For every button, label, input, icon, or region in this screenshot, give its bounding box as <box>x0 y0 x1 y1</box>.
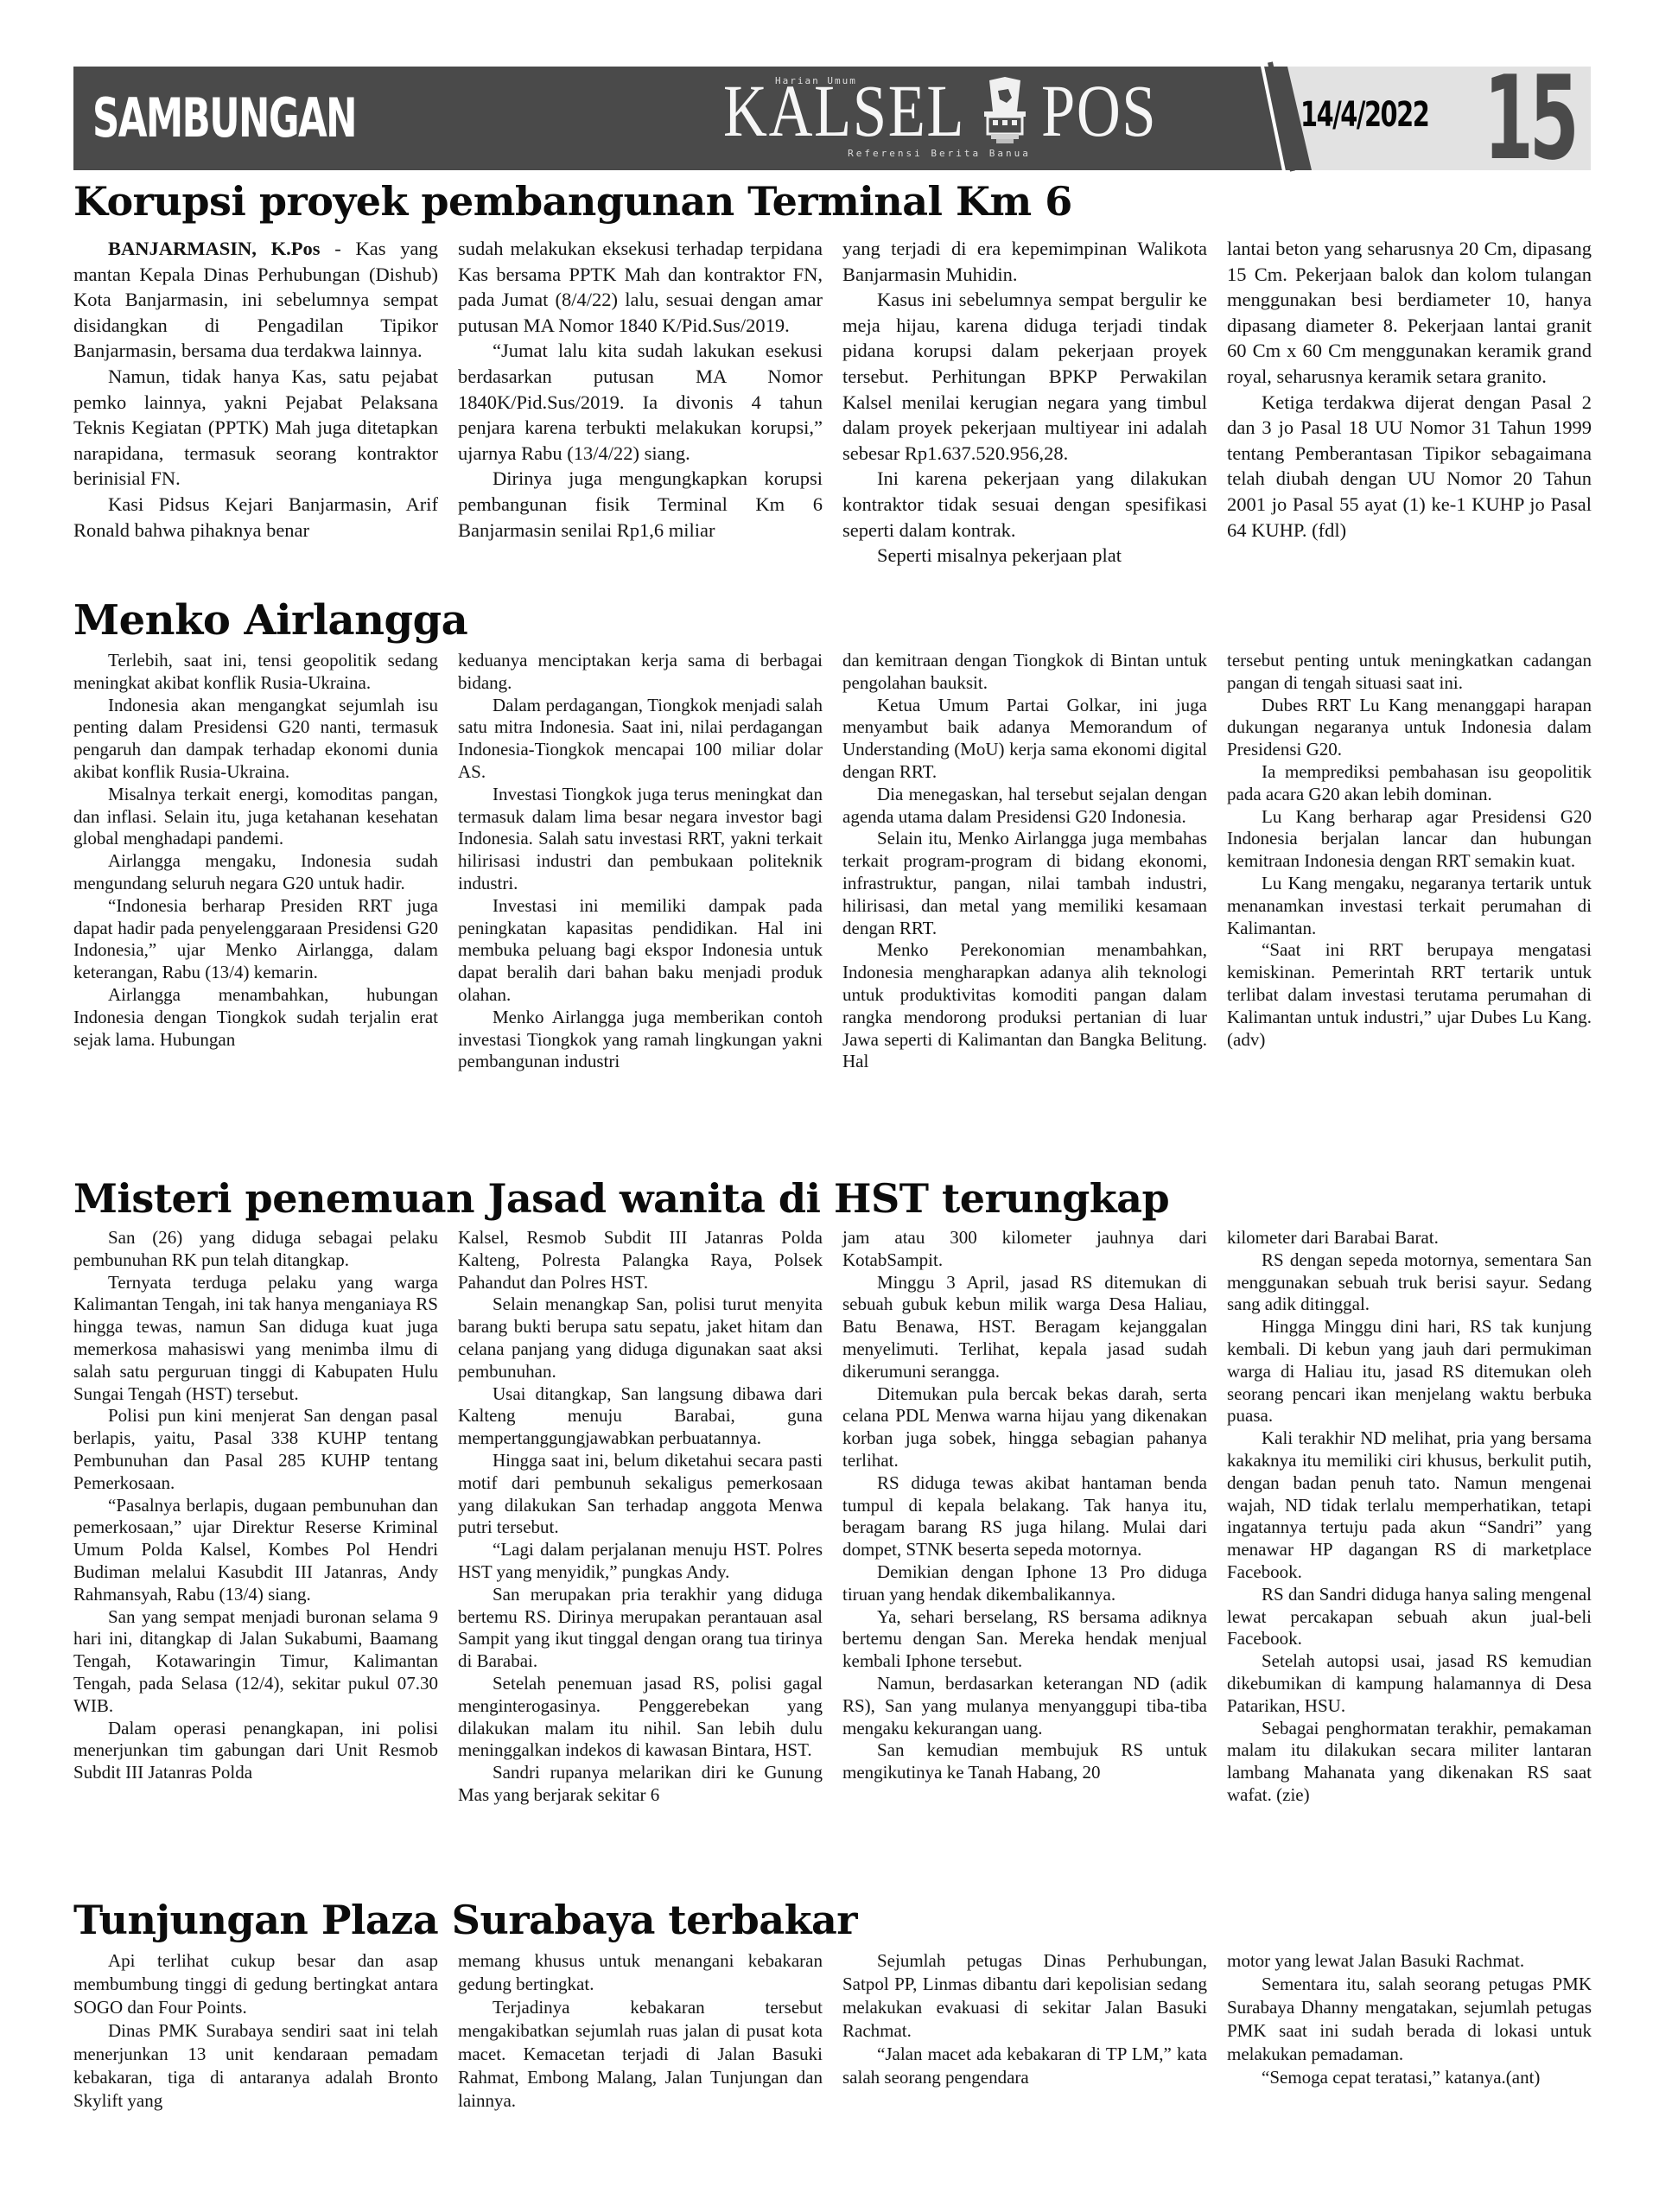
headline: Misteri penemuan Jasad wanita di HST ter… <box>73 1175 1169 1222</box>
paragraph: Minggu 3 April, jasad RS ditemukan di se… <box>842 1272 1207 1383</box>
paragraph: Misalnya terkait energi, komoditas panga… <box>73 784 438 850</box>
article-column: Api terlihat cukup besar dan asap membum… <box>73 1949 438 2113</box>
article-column: yang terjadi di era kepemimpinan Walikot… <box>842 236 1207 569</box>
paragraph: Lu Kang mengaku, negaranya tertarik untu… <box>1227 873 1592 939</box>
paragraph: San yang sempat menjadi buronan selama 9… <box>73 1606 438 1718</box>
paragraph: Dirinya juga mengungkapkan korupsi pemba… <box>458 466 823 543</box>
paragraph: Menko Perekonomian menambahkan, Indonesi… <box>842 939 1207 1073</box>
paragraph: Menko Airlangga juga memberikan contoh i… <box>458 1007 823 1073</box>
paragraph: Sementara itu, salah seorang petugas PMK… <box>1227 1973 1592 2066</box>
paragraph: Dubes RRT Lu Kang menanggapi harapan duk… <box>1227 695 1592 761</box>
article-column: BANJARMASIN, K.Pos - Kas yang mantan Kep… <box>73 236 438 543</box>
paragraph: Airlangga menambahkan, hubungan Indonesi… <box>73 984 438 1051</box>
paragraph: motor yang lewat Jalan Basuki Rachmat. <box>1227 1949 1592 1973</box>
headline: Menko Airlangga <box>73 596 467 645</box>
paragraph: “Jumat lalu kita sudah lakukan esekusi b… <box>458 338 823 466</box>
paragraph: RS dengan sepeda motornya, sementara San… <box>1227 1249 1592 1316</box>
paragraph: Kasi Pidsus Kejari Banjarmasin, Arif Ron… <box>73 492 438 543</box>
article-column: Sejumlah petugas Dinas Perhubungan, Satp… <box>842 1949 1207 2089</box>
paragraph: Setelah autopsi usai, jasad RS kemudian … <box>1227 1650 1592 1717</box>
article-column: jam atau 300 kilometer jauhnya dari Kota… <box>842 1227 1207 1784</box>
paragraph: keduanya menciptakan kerja sama di berba… <box>458 650 823 695</box>
paragraph: Lu Kang berharap agar Presidensi G20 Ind… <box>1227 806 1592 873</box>
paragraph: Ditemukan pula bercak bekas darah, serta… <box>842 1383 1207 1472</box>
paragraph: RS dan Sandri diduga hanya saling mengen… <box>1227 1584 1592 1650</box>
paragraph: jam atau 300 kilometer jauhnya dari Kota… <box>842 1227 1207 1272</box>
paragraph: Airlangga mengaku, Indonesia sudah mengu… <box>73 850 438 895</box>
paragraph: lantai beton yang seharusnya 20 Cm, dipa… <box>1227 236 1592 390</box>
paragraph: Hingga Minggu dini hari, RS tak kunjung … <box>1227 1316 1592 1427</box>
paragraph: Investasi Tiongkok juga terus meningkat … <box>458 784 823 895</box>
paragraph: Sejumlah petugas Dinas Perhubungan, Satp… <box>842 1949 1207 2043</box>
article-column: keduanya menciptakan kerja sama di berba… <box>458 650 823 1073</box>
paragraph: San (26) yang diduga sebagai pelaku pemb… <box>73 1227 438 1272</box>
paragraph: “Semoga cepat teratasi,” katanya.(ant) <box>1227 2066 1592 2089</box>
headline: Korupsi proyek pembangunan Terminal Km 6 <box>73 178 1072 225</box>
paragraph: San merupakan pria terakhir yang diduga … <box>458 1584 823 1673</box>
article-column: memang khusus untuk menangani kebakaran … <box>458 1949 823 2113</box>
paragraph: “Pasalnya berlapis, dugaan pembunuhan da… <box>73 1495 438 1606</box>
paragraph: Terjadinya kebakaran tersebut mengakibat… <box>458 1996 823 2113</box>
paragraph: Selain menangkap San, polisi turut menyi… <box>458 1294 823 1382</box>
paragraph: Namun, tidak hanya Kas, satu pejabat pem… <box>73 364 438 492</box>
paragraph: Sandri rupanya melarikan diri ke Gunung … <box>458 1762 823 1807</box>
paragraph: Ternyata terduga pelaku yang warga Kalim… <box>73 1272 438 1406</box>
paragraph: Dalam perdagangan, Tiongkok menjadi sala… <box>458 695 823 784</box>
paragraph: Dinas PMK Surabaya sendiri saat ini tela… <box>73 2019 438 2113</box>
section-label: SAMBUNGAN <box>92 79 356 158</box>
paragraph: BANJARMASIN, K.Pos - Kas yang mantan Kep… <box>73 236 438 364</box>
page-number: 15 <box>1484 60 1575 176</box>
paragraph: Demikian dengan Iphone 13 Pro diduga tir… <box>842 1561 1207 1606</box>
logo-name-right: POS <box>1041 73 1157 148</box>
paragraph: Kasus ini sebelumnya sempat bergulir ke … <box>842 287 1207 466</box>
paragraph: Ketiga terdakwa dijerat dengan Pasal 2 d… <box>1227 390 1592 543</box>
paragraph: dan kemitraan dengan Tiongkok di Bintan … <box>842 650 1207 695</box>
paragraph: Dia menegaskan, hal tersebut sejalan den… <box>842 784 1207 829</box>
paragraph: Kali terakhir ND melihat, pria yang bers… <box>1227 1427 1592 1584</box>
paragraph: San kemudian membujuk RS untuk mengikuti… <box>842 1739 1207 1784</box>
paragraph: sudah melakukan eksekusi terhadap terpid… <box>458 236 823 338</box>
paragraph: “Lagi dalam perjalanan menuju HST. Polre… <box>458 1539 823 1584</box>
logo-tagline: Referensi Berita Banua <box>723 148 1155 159</box>
paragraph: Polisi pun kini menjerat San dengan pasa… <box>73 1405 438 1494</box>
paragraph: Investasi ini memiliki dampak pada penin… <box>458 895 823 1007</box>
article-column: San (26) yang diduga sebagai pelaku pemb… <box>73 1227 438 1784</box>
dateline: BANJARMASIN, K.Pos <box>108 238 321 259</box>
paragraph: Ya, sehari berselang, RS bersama adiknya… <box>842 1606 1207 1673</box>
paragraph: Seperti misalnya pekerjaan plat <box>842 543 1207 569</box>
paragraph: yang terjadi di era kepemimpinan Walikot… <box>842 236 1207 287</box>
paragraph: Ini karena pekerjaan yang dilakukan kont… <box>842 466 1207 543</box>
paragraph: Setelah penemuan jasad RS, polisi gagal … <box>458 1673 823 1762</box>
paragraph: Sebagai penghormatan terakhir, pemakaman… <box>1227 1718 1592 1807</box>
headline: Tunjungan Plaza Surabaya terbakar <box>73 1897 857 1943</box>
paragraph: “Saat ini RRT berupaya mengatasi kemiski… <box>1227 939 1592 1051</box>
paragraph: Api terlihat cukup besar dan asap membum… <box>73 1949 438 2019</box>
paragraph: Ia memprediksi pembahasan isu geopolitik… <box>1227 761 1592 806</box>
paragraph: RS diduga tewas akibat hantaman benda tu… <box>842 1472 1207 1561</box>
paragraph: “Indonesia berharap Presiden RRT juga da… <box>73 895 438 984</box>
article-column: Terlebih, saat ini, tensi geopolitik sed… <box>73 650 438 1051</box>
paragraph: tersebut penting untuk meningkatkan cada… <box>1227 650 1592 695</box>
paragraph: kilometer dari Barabai Barat. <box>1227 1227 1592 1249</box>
paragraph: Indonesia akan mengangkat sejumlah isu p… <box>73 695 438 784</box>
traditional-house-icon <box>982 77 1027 144</box>
kalselpos-logo: Harian Umum KALSEL POS Referensi Berita … <box>723 70 1207 167</box>
paragraph: Selain itu, Menko Airlangga juga membaha… <box>842 828 1207 939</box>
article-column: sudah melakukan eksekusi terhadap terpid… <box>458 236 823 543</box>
article-column: tersebut penting untuk meningkatkan cada… <box>1227 650 1592 1051</box>
diagonal-divider <box>1246 60 1298 173</box>
paragraph: Ketua Umum Partai Golkar, ini juga menya… <box>842 695 1207 784</box>
issue-date: 14/4/2022 <box>1300 95 1428 135</box>
paragraph: Hingga saat ini, belum diketahui secara … <box>458 1450 823 1539</box>
paragraph: Dalam operasi penangkapan, ini polisi me… <box>73 1718 438 1784</box>
article-column: dan kemitraan dengan Tiongkok di Bintan … <box>842 650 1207 1073</box>
paragraph: Kalsel, Resmob Subdit III Jatanras Polda… <box>458 1227 823 1294</box>
paragraph: Usai ditangkap, San langsung dibawa dari… <box>458 1383 823 1450</box>
article-column: kilometer dari Barabai Barat. RS dengan … <box>1227 1227 1592 1807</box>
logo-name-left: KALSEL <box>723 73 965 148</box>
paragraph: memang khusus untuk menangani kebakaran … <box>458 1949 823 1996</box>
article-column: Kalsel, Resmob Subdit III Jatanras Polda… <box>458 1227 823 1807</box>
paragraph: “Jalan macet ada kebakaran di TP LM,” ka… <box>842 2043 1207 2089</box>
article-column: lantai beton yang seharusnya 20 Cm, dipa… <box>1227 236 1592 543</box>
paragraph: Terlebih, saat ini, tensi geopolitik sed… <box>73 650 438 695</box>
article-column: motor yang lewat Jalan Basuki Rachmat. S… <box>1227 1949 1592 2089</box>
paragraph: Namun, berdasarkan keterangan ND (adik R… <box>842 1673 1207 1739</box>
